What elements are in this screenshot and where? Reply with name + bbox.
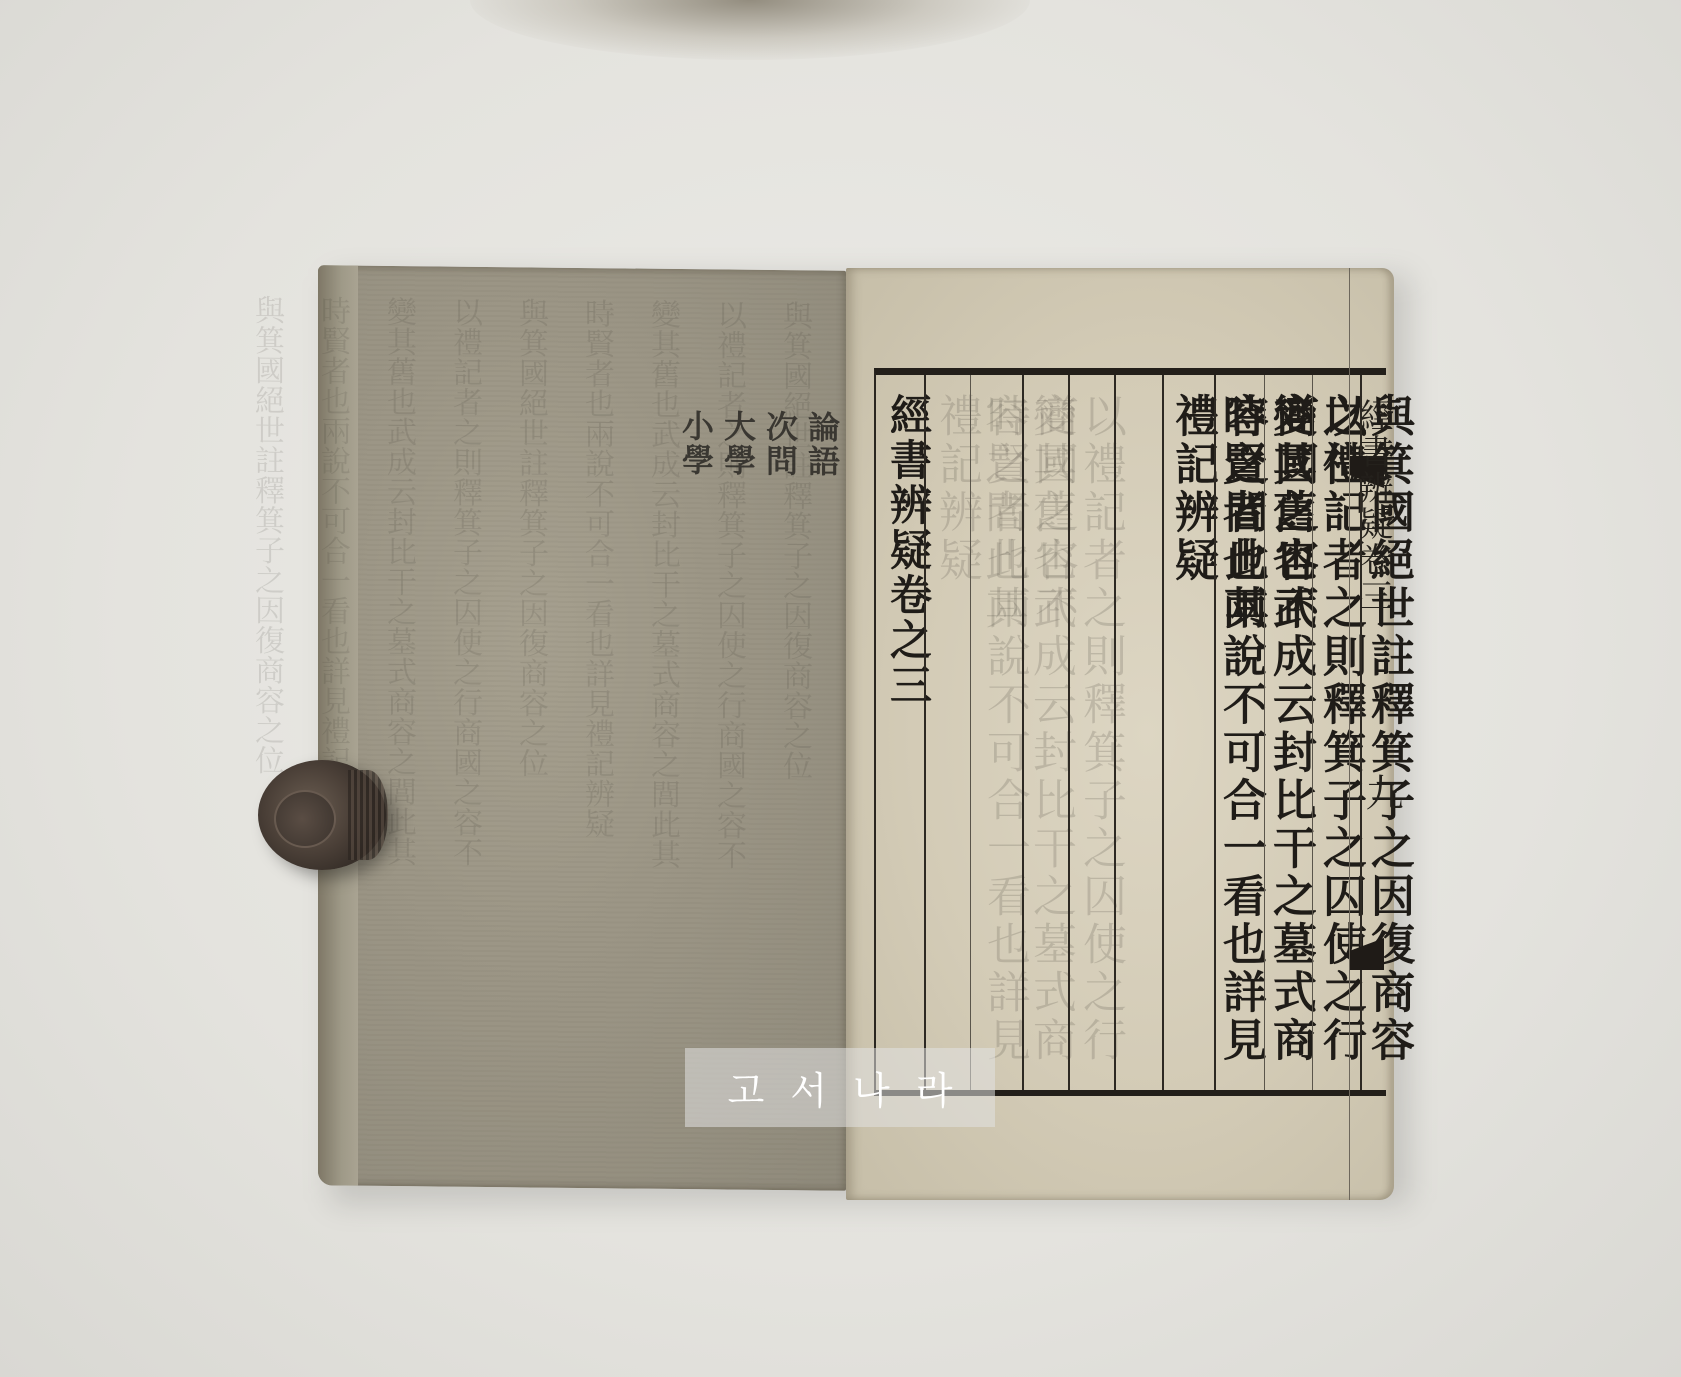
column-rule	[1068, 375, 1070, 1090]
fold-page-number: 九	[1354, 773, 1409, 811]
note-xiaoxue: 小學	[680, 409, 712, 519]
lower-fish-tail-mark	[1350, 938, 1384, 970]
column-rule	[970, 375, 971, 1090]
book-weight	[258, 760, 386, 870]
column-rule	[1022, 375, 1024, 1090]
note-daxue: 大學	[722, 409, 754, 519]
watermark: 고서나라	[685, 1048, 995, 1127]
watermark-text: 고서나라	[702, 1060, 979, 1115]
center-fold-banxin: 經書辨疑卷三 九	[1349, 268, 1390, 1200]
note-cimun: 次問	[764, 410, 796, 520]
note-lunyu: 論語	[806, 410, 838, 520]
column-rule	[1162, 375, 1164, 1090]
column-rule	[924, 375, 926, 1090]
column-rule	[1214, 375, 1216, 1090]
weight-knob	[274, 790, 336, 848]
handwritten-notes: 論語 次問 大學 小學	[648, 409, 838, 521]
top-object-shadow	[470, 0, 1030, 60]
weight-grooves	[348, 770, 388, 860]
column-rule	[1114, 375, 1116, 1090]
fold-title: 經書辨疑卷三	[1356, 398, 1390, 614]
column-rule	[1264, 375, 1265, 1090]
column-rule	[1312, 375, 1313, 1090]
printed-frame: 經書辨疑卷之三 時賢者也兩說不可合一看也詳見禮記辨疑 變其舊也武成云封比干之墓式…	[874, 368, 1386, 1096]
ghost-column: 以禮記者之則釋箕子之囚使之行商國之容不	[1028, 393, 1124, 1090]
